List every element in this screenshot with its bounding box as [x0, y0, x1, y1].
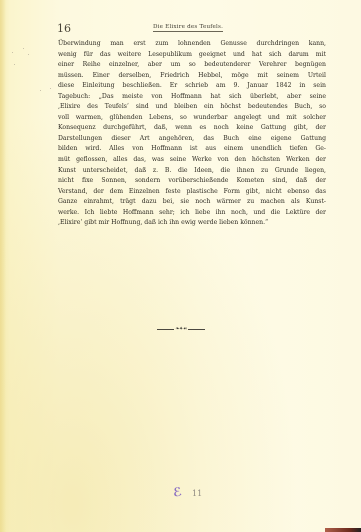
ornament-flourish-icon: ❧✦☙: [173, 326, 189, 332]
text-line: Verstand, der dem Einzelnen feste plasti…: [58, 187, 326, 198]
text-line: ‚Elixire des Teufels‘ sind und bleiben e…: [58, 102, 326, 113]
text-line: nicht fixe Sonnen, sondern vorüberschieß…: [58, 176, 326, 187]
text-line: Überwindung man erst zum lohnenden Genus…: [58, 39, 326, 50]
text-line: Tagebuch: „Das meiste von Hoffmann hat s…: [58, 92, 326, 103]
stamp-mark-icon: ℰ: [172, 484, 183, 499]
ornament-rule-left: [157, 329, 174, 330]
margin-specks: [10, 40, 55, 100]
running-head: Die Elixire des Teufels.: [153, 24, 223, 32]
text-line: müt geflossen, alles das, was seine Werk…: [58, 155, 326, 166]
text-line: Kunst unterscheidet, daß z. B. die Ideen…: [58, 166, 326, 177]
text-line: diese Einleitung beschließen. Er schrieb…: [58, 81, 326, 92]
text-line: Ganze einrahmt, trägt dazu bei, sie noch…: [58, 197, 326, 208]
book-cover-edge: [325, 528, 361, 532]
text-line: Konsequenz durchgeführt, daß, wenn es no…: [58, 123, 326, 134]
text-line: müssen. Einer derselben, Friedrich Hebbe…: [58, 71, 326, 82]
text-line: werke. Ich liebte Hoffmann sehr; ich lie…: [58, 208, 326, 219]
text-line: einer Reihe einzelner, aber um so bedeut…: [58, 60, 326, 71]
text-line: ‚Elixire‘ gibt mir Hoffnung, daß ich ihn…: [58, 218, 326, 229]
ornament-rule-right: [188, 329, 205, 330]
text-line: voll warmen, glühenden Lebens, so wunder…: [58, 113, 326, 124]
text-line: wenig für das weitere Lesepublikum geeig…: [58, 50, 326, 61]
text-line: Darstellungen dieser Art angehören, das …: [58, 134, 326, 145]
page-header: 16 Die Elixire des Teufels.: [57, 22, 327, 36]
page-spine-shadow: [0, 0, 6, 532]
page-number: 16: [57, 22, 71, 35]
body-text: Überwindung man erst zum lohnenden Genus…: [58, 39, 326, 229]
section-ornament: ❧✦☙: [157, 326, 205, 332]
library-stamp: ℰ 11: [168, 484, 208, 504]
stamp-number: 11: [192, 489, 202, 498]
text-line: bilden wird. Alles von Hoffmann ist aus …: [58, 144, 326, 155]
